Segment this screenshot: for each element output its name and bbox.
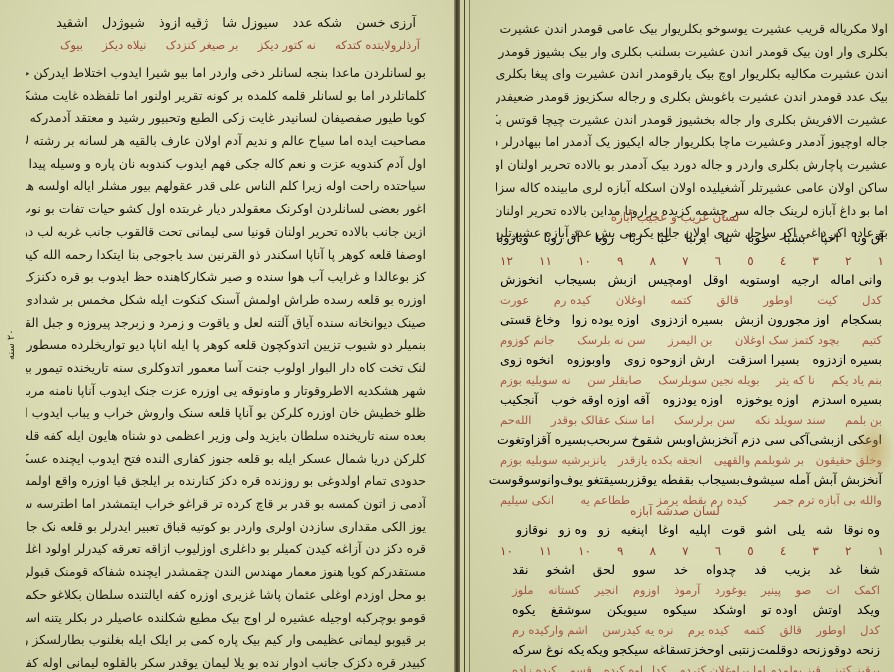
vocab-gloss: برقیز کتیز — [833, 660, 880, 672]
header-word: اشقید — [56, 16, 88, 31]
vocab-table-1: وانی اماله ارجیه اوستویه اوقل اومچیس ازب… — [500, 270, 882, 510]
vocab-gloss: کیت — [817, 290, 837, 310]
vocab-gloss: کیده یرم — [688, 620, 729, 640]
left-header-red: آرذلرولایتده کتدکه نه کتور دیکز بر صیغر … — [54, 38, 426, 52]
numeral: ٤ — [780, 252, 786, 270]
text-line: بو لسانلردن ماعدا بنجه لسانلر دخی واردر … — [26, 62, 426, 85]
text-line: مستقدرکم کویا هنوز معمار مهندس الندن چقم… — [26, 561, 426, 584]
vocab-term: اوز مجورون ازبش — [735, 310, 830, 330]
vocab-term: یکه نوغ سرکه — [512, 640, 584, 660]
header-gloss: نه کتور دیکز — [258, 38, 316, 52]
text-line: مصاحبت ایده اما سیاح عالم و ندیم آدم اول… — [26, 130, 426, 153]
numeral: ٥ — [747, 542, 753, 560]
header-gloss: آرذلرولایتده کتدکه — [335, 38, 420, 52]
vocab-gloss: بنم یاد یکم — [831, 370, 882, 390]
vocab-term: بسیجاب — [554, 270, 596, 290]
vocab-term: بسیره اسدزم — [812, 390, 882, 410]
left-page: آرزی خسن شکه عدد سیوزل شا ژقیه ازوذ شیوژ… — [0, 0, 456, 672]
vocab-gloss: کیده رم — [554, 290, 591, 310]
text-line: اولا مکریاله قریب عشیرت یوسوخو بکلریوار … — [496, 18, 888, 41]
vocab-term: اوزه یوده زوا — [572, 310, 640, 330]
text-line: اوزره بو قلعه رسده طراش اولمش آسنک کنکوت… — [26, 289, 426, 312]
left-header-black: آرزی خسن شکه عدد سیوزل شا ژقیه ازوذ شیوژ… — [50, 16, 422, 31]
vocab-word: وه زو — [559, 520, 588, 540]
vocab-term: خد — [674, 560, 688, 580]
vocab-word: شه — [816, 520, 833, 540]
vocab-term: تسقاغه سیکجو ویکه — [586, 640, 691, 660]
vocab-term: ارجیه — [791, 270, 819, 290]
numeral: ١٠ — [500, 542, 513, 560]
manuscript-spread: آرزی خسن شکه عدد سیوزل شا ژقیه ازوذ شیوژ… — [0, 0, 894, 672]
vocab-term: وانی اماله — [830, 270, 882, 290]
numeral: ٧ — [682, 542, 688, 560]
numeral: ٢ — [845, 542, 851, 560]
text-line: کلرکن دریا شمال عسکر ایله بو قلعه جنوز ک… — [26, 448, 426, 471]
text-line: بنمیلر دو شیوب تزیین اتدوکچون قلعه کوهر … — [26, 334, 426, 357]
numeral: ١١ — [539, 252, 552, 270]
numeral: ١ — [878, 252, 884, 270]
text-line: قومو بوچرکبه اوجیله عشیره لر اوج بیک مطی… — [26, 607, 426, 630]
paper-stain — [854, 420, 894, 480]
right-page: اولا مکریاله قریب عشیرت یوسوخو بکلریوار … — [456, 0, 894, 672]
vocab-gloss-row: کدل اوطور قالق کتمه کیده یرم نره یه کیدر… — [512, 620, 880, 640]
vocab-gloss: صو — [796, 580, 812, 600]
vocab-term: اوبس شقوخ سربحب — [586, 430, 695, 450]
vocab-words-row: آق وبا اخپا بشبا خوبا نبا برنبا غبا زبا … — [496, 228, 884, 248]
vocab-term: آقه اوزه اوقه خوب — [551, 390, 649, 410]
vocab-term: ازبش — [608, 270, 637, 290]
vocab-term: اومچیس — [648, 270, 692, 290]
text-line: اول آدم کندویه عزت و نعم کاله جکی فهم ای… — [26, 153, 426, 176]
vocab-gloss: یوغورد — [715, 580, 747, 600]
numeral: ٦ — [715, 542, 721, 560]
vocab-gloss: یانزبرشیه سوبلیه بوزم — [500, 450, 606, 470]
vocab-gloss-row: بن بلمم سند سویلد نکه سن برلرسک اما سنک … — [500, 410, 882, 430]
vocab-word: وه نوقا — [844, 520, 880, 540]
text-line: بکلری وار اون بیک قومدر اندن عشیرت بسلنب… — [496, 41, 888, 64]
vocab-word: قوت — [721, 520, 745, 540]
vocab-gloss: بن الیمرز — [668, 330, 712, 350]
numeral: ٥ — [747, 252, 753, 270]
vocab-gloss: اوغلان — [616, 290, 646, 310]
vocab-term: اوده تو — [762, 600, 798, 620]
text-line: بو محل اوزدم اوغلی عثمان پاشا غزیری اوزر… — [26, 584, 426, 607]
margin-note: ٢٠ سنه — [6, 300, 22, 360]
text-line: لنک تخت کاه دار البوار اولوب جنت آسا معم… — [26, 357, 426, 380]
vocab-term: سوشقغ — [551, 600, 591, 620]
vocab-gloss: نا که یتر — [776, 370, 815, 390]
header-word: ژقیه ازوذ — [159, 16, 208, 31]
header-word: شکه عدد — [292, 16, 342, 31]
vocab-gloss: صابقلر سن — [587, 370, 642, 390]
vocab-gloss-row: بنم یاد یکم نا که یتر بویله نجین سویلرسک… — [500, 370, 882, 390]
header-gloss: بر صیغر کنزدک — [166, 38, 239, 52]
text-line: حدودی تمام اولدوغی بو روزنده قره دکز کنا… — [26, 470, 426, 493]
vocab-gloss: کیده زاده — [512, 660, 557, 672]
vocab-term: انخوزش — [500, 270, 543, 290]
text-line: کلماتلردر اما بو لسانلر قلمه کلمده بر کو… — [26, 85, 426, 108]
text-line: جاله اوچیوز آدمدر وعشیرت ماچا بکلریوار ج… — [496, 131, 888, 154]
vocab-term: سیویکن — [607, 600, 648, 620]
header-word: آرزی خسن — [356, 16, 416, 31]
vocab-term: بسیجاب بقفطه یوقزر — [628, 470, 740, 490]
text-line: اندن عشیرت مکالیه بکلریوار اوچ بیک یارقو… — [496, 63, 888, 86]
book-gutter — [454, 0, 460, 672]
numeral: ١٢ — [500, 252, 513, 270]
vocab-row: شغا غد بزیب فد چدواه خد سوو لحق اشخو نقد — [512, 560, 880, 580]
vocab-gloss: عورت — [500, 290, 529, 310]
vocab-gloss: آرموذ — [674, 580, 700, 600]
vocab-word: اپنغیه — [621, 520, 648, 540]
page-rule — [464, 0, 470, 672]
vocab-term: بسیره ازدزوه — [812, 350, 882, 370]
vocab-gloss: قیز بولمدم اما براوغلان کتردم — [678, 660, 820, 672]
vocab-gloss-row: وخلق حقیقون بر شوبلمم والقهیی انجقه بکده… — [500, 450, 882, 470]
vocab-row: بسکجام اوز مجورون ازبش بسیره ازدزوی اوزه… — [500, 310, 882, 330]
vocab-term: بزیب — [785, 560, 811, 580]
vocab-term: ویکد — [857, 600, 880, 620]
vocab-word: آق زوبا — [543, 228, 580, 248]
header-gloss: بیوک — [60, 38, 83, 52]
vocab-gloss: بچود کتمز سک اوغلان — [735, 330, 840, 350]
vocab-term: وخاغ قستی — [500, 310, 560, 330]
vocab-term: زنحه دوقلمت — [757, 640, 826, 660]
text-line: صینک دیوانخانه سنده آیاق آلتنه لعل و یاق… — [26, 312, 426, 335]
numeral: ٣ — [812, 542, 818, 560]
vocab-row: اوعکی ازبشی آکی سی دزم آنخزبش اوبس شقوخ … — [500, 430, 882, 450]
numeral: ٢ — [845, 252, 851, 270]
vocab-gloss: بر شوبلمم والقهیی — [714, 450, 804, 470]
numeral: ٩ — [617, 542, 623, 560]
header-word: شیوژدل — [102, 16, 145, 31]
vocab-row: ویکد اوتش اوده تو اوشکد سیکوه سیویکن سوش… — [512, 600, 880, 620]
text-line: آدمی ز اتون کمسه بو قدر بر قاچ کرده تر ق… — [26, 493, 426, 516]
vocab-term: واوبوزوه — [567, 350, 611, 370]
vocab-gloss: نره یه کیدرسن — [602, 620, 673, 640]
vocab-term: یکوه — [512, 600, 535, 620]
numeral: ١ — [878, 542, 884, 560]
vocab-term: اوقل — [703, 270, 728, 290]
vocab-term: سوو — [633, 560, 656, 580]
vocab-gloss: ات — [826, 580, 840, 600]
section-title: لسان غریب و عجیب آبازه — [456, 210, 894, 224]
text-line: کز بوعالدا و غرایب آب هوا سنده و صیر شکا… — [26, 266, 426, 289]
text-line: اغور بعضی لسانلردن اوکرنک معقولدر دیار غ… — [26, 198, 426, 221]
left-body-text: بو لسانلردن ماعدا بنجه لسانلر دخی واردر … — [26, 62, 426, 672]
vocab-gloss: انجقه بکده یازقدر — [618, 450, 702, 470]
vocab-gloss-row: کتیم بچود کتمز سک اوغلان بن الیمرز سن نه… — [500, 330, 882, 350]
vocab-words-row: وه نوقا شه یلی اشو قوت اپلیه اوغا اپنغیه… — [516, 520, 880, 540]
vocab-term: انخوه زوی — [500, 350, 554, 370]
numeral: ١٠ — [578, 542, 591, 560]
vocab-row: بسیره ازدزوه بسیرا اسزقت ارش ازوحوه زوی … — [500, 350, 882, 370]
text-line: کبیدر قره دکزک جانب ادوار نده بو یلا لیم… — [26, 652, 426, 672]
vocab-term: بسکجام — [841, 310, 882, 330]
vocab-gloss: سند سویلد نکه — [755, 410, 826, 430]
vocab-word: آق وبا — [854, 228, 884, 248]
vocab-term: زنحه دوقو — [828, 640, 880, 660]
vocab-word: زبا — [629, 228, 642, 248]
vocab-term: آکی سی دزم آنخزبش — [696, 430, 809, 450]
text-line: اوصفا قلعه کوهر پا آناپا اسکندر ذو القرن… — [26, 244, 426, 267]
vocab-term: بسیقتغو یوف — [560, 470, 628, 490]
vocab-word: خوبا — [747, 228, 768, 248]
vocab-word: اخپا — [820, 228, 839, 248]
vocab-term: بسیره آقزاوتغوت — [497, 430, 586, 450]
vocab-term: بسیره ازدزوی — [651, 310, 724, 330]
text-line: ازین جانب بالاده تحریر اولنان قونیا سی ل… — [26, 221, 426, 244]
vocab-row: زنحه دوقو زنحه دوقلمت زنتبی اوحخز تسقاغه… — [512, 640, 880, 660]
vocab-gloss: اکمک — [854, 580, 880, 600]
vocab-word: برنبا — [685, 228, 706, 248]
vocab-term: اوستویه — [739, 270, 779, 290]
vocab-term: زنتبی اوحخز — [692, 640, 756, 660]
numeral: ٨ — [650, 252, 656, 270]
header-word: سیوزل شا — [222, 16, 278, 31]
vocab-term: شغا — [860, 560, 880, 580]
vocab-gloss: اما سنک عقالک بوقدر — [551, 410, 654, 430]
vocab-gloss: بویله نجین سویلرسک — [658, 370, 759, 390]
numerals-row: ١ ٢ ٣ ٤ ٥ ٦ ٧ ٨ ٩ ١٠ ١١ ١٠ — [456, 542, 894, 560]
vocab-word: اشو — [756, 520, 776, 540]
vocab-gloss: ملوز — [512, 580, 533, 600]
vocab-gloss: قسم — [568, 660, 591, 672]
header-gloss: نیلاه دیکز — [102, 38, 146, 52]
vocab-gloss: انجیر — [595, 580, 619, 600]
vocab-term: لحق — [593, 560, 615, 580]
vocab-term: بسیرا اسزقت — [728, 350, 800, 370]
vocab-word: نوقازو — [516, 520, 548, 540]
text-line: ظلو خطیش خان اوزره کلرکن بو آناپا قلعه س… — [26, 402, 426, 425]
vocab-gloss: کتیم — [862, 330, 882, 350]
vocab-gloss: جانم کوزوم — [500, 330, 555, 350]
numerals-row: ١ ٢ ٣ ٤ ٥ ٦ ٧ ٨ ٩ ١٠ ١١ ١٢ — [456, 252, 894, 270]
text-line: عشیرت پاچارش بکلری واردر و جاله دورد بیک… — [496, 154, 888, 177]
vocab-term: وانوسوقوست — [489, 470, 561, 490]
text-line: عشیرت الافریش بکلری وار جاله بخشیوز قومد… — [496, 109, 888, 132]
text-line: بر قیوبو لیمانی عظیمی وار کیم بیک پاره ک… — [26, 629, 426, 652]
text-line: بعده سنه تاریخنده سلطان بایزید ولی وزیر … — [26, 425, 426, 448]
vocab-term: آنجکیب — [500, 390, 538, 410]
text-line: کویا طیور صفصیفان لسانیدر غایت زکی الطبع… — [26, 107, 426, 130]
text-line: یوز الکی مقداری سازدن اولری واردر بو کوت… — [26, 516, 426, 539]
vocab-term: اوشکد — [713, 600, 746, 620]
vocab-gloss: پینیر — [761, 580, 781, 600]
vocab-gloss: کتمه — [670, 290, 692, 310]
vocab-word: غبا — [657, 228, 671, 248]
vocab-gloss: کدل — [862, 290, 882, 310]
vocab-word: زوبا — [595, 228, 614, 248]
vocab-gloss: اشم وارکیده رم — [512, 620, 588, 640]
vocab-term: اشخو — [546, 560, 574, 580]
vocab-gloss: قالق — [717, 290, 739, 310]
numeral: ٧ — [682, 252, 688, 270]
vocab-word: بشبا — [783, 228, 805, 248]
numeral: ٩ — [617, 252, 623, 270]
vocab-gloss: اوطور — [763, 290, 792, 310]
vocab-gloss: الله‌حم — [500, 410, 531, 430]
vocab-term: ارش ازوحوه زوی — [624, 350, 715, 370]
vocab-gloss-row: اکمک ات صو پینیر یوغورد آرموذ اوزوم انجی… — [512, 580, 880, 600]
vocab-row: بسیره اسدزم اوزه یوخوزه اوزه یودزوه آقه … — [500, 390, 882, 410]
vocab-word: اوغا — [659, 520, 679, 540]
vocab-word: زو — [598, 520, 610, 540]
vocab-word: اپلیه — [689, 520, 711, 540]
vocab-word: نبا — [721, 228, 732, 248]
vocab-term: چدواه — [706, 560, 736, 580]
vocab-table-2: شغا غد بزیب فد چدواه خد سوو لحق اشخو نقد… — [512, 560, 880, 672]
numeral: ١٠ — [578, 252, 591, 270]
vocab-gloss: سن نه بلرسک — [577, 330, 645, 350]
vocab-gloss: اوطور — [816, 620, 845, 640]
vocab-gloss: نه سویلیه بوزم — [500, 370, 571, 390]
numeral: ٨ — [650, 542, 656, 560]
vocab-term: سیکوه — [663, 600, 697, 620]
vocab-gloss: کستانه — [548, 580, 580, 600]
vocab-term: فد — [754, 560, 767, 580]
vocab-row: وانی اماله ارجیه اوستویه اوقل اومچیس ازب… — [500, 270, 882, 290]
vocab-row: آنخزبش آبش آمله سیشوف بسیجاب بقفطه یوقزر… — [500, 470, 882, 490]
numeral: ١١ — [539, 542, 552, 560]
vocab-term: نقد — [512, 560, 528, 580]
text-line: قره دکز دن آزاغه کیدن کمیلر بو داغلری او… — [26, 538, 426, 561]
vocab-term: غد — [829, 560, 842, 580]
vocab-term: اوزه یوخوزه — [736, 390, 799, 410]
numeral: ٤ — [780, 542, 786, 560]
vocab-gloss: اوزوم — [633, 580, 660, 600]
numeral: ٦ — [715, 252, 721, 270]
vocab-gloss: کدل اوه کیده — [604, 660, 667, 672]
text-line: بیک عدد قومدر اندن عشیرت باغوبش بکلری و … — [496, 86, 888, 109]
vocab-gloss: قالق — [780, 620, 802, 640]
vocab-gloss: سن برلرسک — [674, 410, 735, 430]
section-title: لسان صدشه آبازه — [456, 504, 894, 518]
numeral: ٣ — [812, 252, 818, 270]
vocab-word: یلی — [787, 520, 805, 540]
text-line: ساکن اولان عامی عشیرتلر آشغیلیده اولان ا… — [496, 177, 888, 200]
text-line: سیاحتده راحت اوله زیرا کلم الناس علی قدر… — [26, 175, 426, 198]
vocab-gloss: کتمه — [744, 620, 766, 640]
vocab-gloss-row: برقیز کتیز قیز بولمدم اما براوغلان کتردم… — [512, 660, 880, 672]
vocab-word: وباژوبا — [496, 228, 529, 248]
text-line: شهر هشکدیه الاطروقوتار و ماونوقه یی اوزر… — [26, 380, 426, 403]
vocab-term: اوزه یودزوه — [663, 390, 723, 410]
vocab-gloss: کدل — [860, 620, 880, 640]
vocab-term: اوتش — [813, 600, 842, 620]
vocab-gloss-row: کدل کیت اوطور قالق کتمه اوغلان کیده رم ع… — [500, 290, 882, 310]
